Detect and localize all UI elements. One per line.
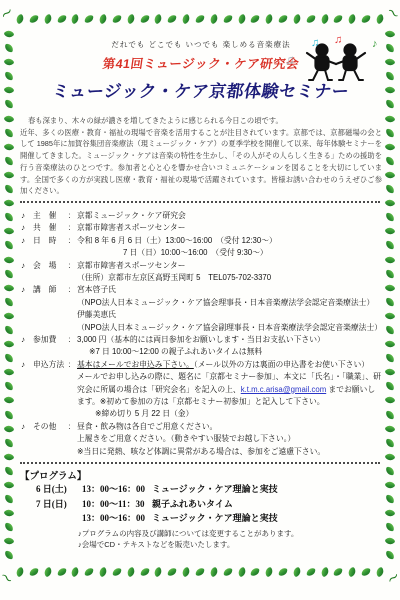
program-notes: ♪プログラムの内容及び講師については変更することがあります。 ♪会場でCD・テキ…	[20, 528, 382, 551]
organizer-value: 京都ミュージック・ケア研究会	[77, 210, 382, 222]
intro-paragraph: 近年、多くの医療・教育・福祉の現場で音楽を活用することが注目されています。京都で…	[20, 127, 382, 197]
leaf-icon	[5, 157, 14, 166]
leaf-icon	[386, 269, 395, 278]
leaf-icon	[5, 213, 14, 222]
leaf-icon	[236, 14, 247, 25]
leaf-icon	[5, 241, 14, 250]
leaf-icon	[85, 14, 94, 23]
leaf-icon	[15, 14, 26, 25]
leaf-icon	[384, 282, 395, 293]
leaf-icon	[384, 198, 395, 209]
leaf-icon	[384, 113, 395, 124]
leaf-icon	[5, 523, 14, 532]
leaf-icon	[306, 14, 315, 23]
leaf-icon	[386, 495, 395, 504]
list-item-application: ♪ 申込方法 ： 基本はメールでお申込み下さい。（メール以外の方は裏面の申込書を…	[20, 359, 382, 421]
dotted-divider	[20, 201, 380, 203]
fee-note: ※7 日 10:00～12:00 の親子ふれあいタイムは無料	[89, 346, 382, 358]
other-note: ※当日に発熱、咳など体調に異常がある場合は、参加をご遠慮下さい。	[77, 446, 382, 458]
leaf-icon	[386, 354, 395, 363]
music-note-icon: ♪	[20, 260, 33, 272]
application-alt-instruction: （メール以外の方は裏面の申込書をお使い下さい）	[194, 360, 369, 369]
leaf-icon	[384, 226, 395, 237]
leaf-icon	[153, 14, 164, 25]
list-item-colon: ：	[66, 421, 77, 433]
leaf-icon	[98, 14, 109, 25]
leaf-icon	[195, 14, 204, 23]
program-row: 7 日(日) 10：00～11：30 親子ふれあいタイム	[20, 497, 382, 512]
leaf-icon	[386, 551, 395, 560]
program-time: 13：00～16：00	[82, 511, 152, 526]
intro-section: 春も深まり、木々の緑が濃さを増してきたように感じられる今日この頃です。 近年、多…	[20, 115, 382, 197]
list-item-lecturers: ♪ 講 師 ： 宮本啓子氏 （NPO法人日本ミュージック・ケア協会理事長・日本音…	[20, 284, 382, 334]
leaf-icon	[386, 467, 395, 476]
application-detail: 究会に所属の場合は「研究会名」を記入の上、	[77, 385, 241, 394]
corner-swirl-icon: 〜	[385, 570, 400, 585]
leaf-icon	[3, 508, 14, 519]
leaf-icon	[3, 28, 14, 39]
lecturer-name: 宮本啓子氏	[77, 284, 382, 296]
leaf-icon	[3, 338, 14, 349]
program-day: 6 日(土)	[36, 482, 82, 497]
corner-swirl-icon: 〜	[0, 570, 15, 585]
leaf-icon	[3, 367, 14, 378]
leaf-icon	[384, 141, 395, 152]
gray-music-note-icon: ♫	[285, 52, 295, 67]
leaf-icon	[3, 226, 14, 237]
list-item-fee: ♪ 参加費 ： 3,000 円（基本的には両日参加をお願いします・当日お支払い下…	[20, 334, 382, 359]
leaf-icon	[384, 395, 395, 406]
leaf-icon	[125, 14, 136, 25]
leaf-icon	[3, 113, 14, 124]
list-item-colon: ：	[66, 235, 77, 247]
leaf-icon	[168, 14, 177, 23]
leaf-icon	[112, 14, 121, 23]
cohost-value: 京都市障害者スポーツセンター	[77, 222, 382, 234]
program-note: ♪会場でCD・テキストなどを販売いたします。	[78, 539, 382, 551]
list-item-label: 参加費	[33, 334, 66, 346]
music-note-icon: ♪	[20, 222, 33, 234]
leaf-border-left	[3, 30, 15, 560]
leaf-icon	[386, 438, 395, 447]
leaf-icon	[251, 14, 260, 23]
program-heading: 【プログラム】	[20, 468, 382, 482]
program-activity: ミュージック・ケア理論と実技	[152, 482, 382, 497]
leaf-icon	[384, 479, 395, 490]
program-time: 10：00～11：30	[82, 497, 152, 512]
music-note-icon: ♪	[20, 284, 33, 296]
list-item-label: 申込方法	[33, 359, 66, 371]
dancing-figures-clipart: ♫ ♫ ♫ ♪	[284, 34, 388, 84]
leaf-icon	[386, 241, 395, 250]
leaf-icon	[384, 508, 395, 519]
list-item-label: 講 師	[33, 284, 66, 296]
leaf-border-right	[384, 30, 396, 560]
list-item-label: 日 時	[33, 235, 66, 247]
music-note-icon: ♪	[20, 334, 33, 346]
leaf-icon	[3, 254, 14, 265]
leaf-icon	[5, 326, 14, 335]
leaf-icon	[5, 495, 14, 504]
list-item-label: 主 催	[33, 210, 66, 222]
leaf-icon	[386, 297, 395, 306]
leaf-icon	[5, 72, 14, 81]
application-detail: までお願いし	[326, 385, 375, 394]
leaf-icon	[3, 479, 14, 490]
list-item-colon: ：	[66, 222, 77, 234]
leaf-icon	[384, 423, 395, 434]
venue-name: 京都市障害者スポーツセンター	[77, 260, 382, 272]
list-item-other: ♪ その他 ： 昼食・飲み物は各自でご用意ください。 上履きをご用意ください。（…	[20, 421, 382, 458]
other-note: 上履きをご用意ください。（動きやすい服装でお越し下さい。）	[77, 433, 382, 445]
program-row: 6 日(土) 13：00～16：00 ミュージック・ケア理論と実技	[20, 482, 382, 497]
leaf-icon	[384, 310, 395, 321]
list-item-colon: ：	[66, 359, 77, 371]
leaf-icon	[279, 14, 288, 23]
leaf-icon	[140, 14, 149, 23]
leaf-icon	[384, 451, 395, 462]
music-note-icon: ♪	[20, 421, 33, 433]
leaf-border-top	[16, 13, 384, 25]
list-item-colon: ：	[66, 210, 77, 222]
leaf-icon	[264, 14, 275, 25]
leaf-icon	[386, 100, 395, 109]
leaf-icon	[386, 157, 395, 166]
intro-paragraph: 春も深まり、木々の緑が濃さを増してきたように感じられる今日この頃です。	[20, 115, 382, 127]
leaf-icon	[3, 57, 14, 68]
datetime-day2: 7 日（日）10:00～16:00 （受付 9:30～）	[123, 247, 382, 259]
application-main-instruction: 基本はメールでお申込み下さい。	[77, 360, 194, 369]
detail-list: ♪ 主 催 ： 京都ミュージック・ケア研究会 ♪ 共 催 ： 京都市障害者スポー…	[20, 210, 382, 458]
leaf-icon	[386, 185, 395, 194]
list-item-colon: ：	[66, 334, 77, 346]
stick-figure-left	[307, 45, 336, 81]
leaf-icon	[3, 169, 14, 180]
leaf-icon	[386, 326, 395, 335]
leaf-icon	[5, 128, 14, 137]
lecturer-title: （NPO法人日本ミュージック・ケア協会副理事長・日本音楽療法学会認定音楽療法士）	[77, 322, 382, 334]
leaf-icon	[384, 254, 395, 265]
other-note: 昼食・飲み物は各自でご用意ください。	[77, 421, 382, 433]
leaf-icon	[42, 14, 53, 25]
leaf-icon	[5, 185, 14, 194]
leaf-icon	[384, 536, 395, 547]
program-day: 7 日(日)	[36, 497, 82, 512]
leaf-icon	[386, 128, 395, 137]
red-music-note-icon: ♫	[334, 34, 342, 46]
list-item-colon: ：	[66, 260, 77, 272]
leaf-icon	[5, 44, 14, 53]
leaf-icon	[386, 410, 395, 419]
leaf-icon	[362, 14, 371, 23]
application-deadline: ※締め切り 5 月 22 日（金）	[95, 408, 382, 420]
leaf-icon	[334, 14, 343, 23]
music-note-icon: ♪	[20, 359, 33, 371]
email-link[interactable]: k.t.m.c.arisa@gmail.com	[241, 385, 326, 394]
leaf-icon	[5, 269, 14, 278]
leaf-icon	[384, 85, 395, 96]
leaf-icon	[3, 423, 14, 434]
stick-figure-right	[336, 45, 365, 81]
list-item-cohost: ♪ 共 催 ： 京都市障害者スポーツセンター	[20, 222, 382, 234]
program-day	[36, 511, 82, 526]
datetime-day1: 令和 8 年 6 月 6 日（土）13:00～16:00 （受付 12:30～）	[77, 235, 382, 247]
program-section: 【プログラム】 6 日(土) 13：00～16：00 ミュージック・ケア理論と実…	[20, 468, 382, 551]
leaf-icon	[3, 85, 14, 96]
leaf-icon	[5, 410, 14, 419]
list-item-label: その他	[33, 421, 66, 433]
leaf-icon	[3, 310, 14, 321]
leaf-icon	[3, 451, 14, 462]
lecturer-name: 伊藤美恵氏	[77, 309, 382, 321]
fee-value: 3,000 円（基本的には両日参加をお願いします・当日お支払い下さい）	[77, 334, 382, 346]
leaf-icon	[5, 551, 14, 560]
list-item-venue: ♪ 会 場 ： 京都市障害者スポーツセンター （住所）京都市左京区高野玉岡町 5…	[20, 260, 382, 285]
leaf-icon	[5, 100, 14, 109]
leaf-icon	[3, 198, 14, 209]
program-activity: ミュージック・ケア理論と実技	[152, 511, 382, 526]
flyer-content: だれでも どこでも いつでも 楽しめる音楽療法 第41回ミュージック・ケア研究会…	[20, 26, 382, 570]
leaf-icon	[5, 382, 14, 391]
leaf-icon	[3, 395, 14, 406]
leaf-icon	[181, 14, 192, 25]
leaf-icon	[384, 169, 395, 180]
program-note: ♪プログラムの内容及び講師については変更することがあります。	[78, 528, 382, 540]
flyer-page: 〜 〜 〜 〜 だれでも どこでも いつでも 楽しめる音楽療法 第41回ミュージ…	[0, 0, 400, 600]
application-detail: ます。※初めて参加の方は「京都セミナー初参加」と記入して下さい。	[77, 396, 382, 408]
leaf-icon	[386, 213, 395, 222]
green-music-note-icon: ♪	[372, 38, 378, 50]
dotted-divider	[20, 462, 380, 464]
list-item-datetime: ♪ 日 時 ： 令和 8 年 6 月 6 日（土）13:00～16:00 （受付…	[20, 235, 382, 260]
leaf-icon	[5, 438, 14, 447]
leaf-icon	[386, 523, 395, 532]
program-activity: 親子ふれあいタイム	[152, 497, 382, 512]
corner-swirl-icon: 〜	[0, 7, 15, 22]
leaf-icon	[5, 467, 14, 476]
leaf-icon	[384, 367, 395, 378]
leaf-icon	[5, 297, 14, 306]
venue-address: （住所）京都市左京区高野玉岡町 5 TEL075-702-3370	[77, 272, 382, 284]
corner-swirl-icon: 〜	[385, 7, 400, 22]
program-row: 13：00～16：00 ミュージック・ケア理論と実技	[20, 511, 382, 526]
leaf-icon	[386, 382, 395, 391]
leaf-icon	[5, 354, 14, 363]
leaf-icon	[3, 141, 14, 152]
music-note-icon: ♪	[20, 210, 33, 222]
leaf-icon	[291, 14, 302, 25]
leaf-icon	[347, 14, 358, 25]
leaf-icon	[70, 14, 81, 25]
music-note-icon: ♪	[20, 235, 33, 247]
lecturer-title: （NPO法人日本ミュージック・ケア協会理事長・日本音楽療法学会認定音楽療法士）	[77, 297, 382, 309]
leaf-icon	[223, 14, 232, 23]
leaf-icon	[319, 14, 330, 25]
leaf-icon	[3, 282, 14, 293]
program-time: 13：00～16：00	[82, 482, 152, 497]
list-item-organizer: ♪ 主 催 ： 京都ミュージック・ケア研究会	[20, 210, 382, 222]
list-item-label: 共 催	[33, 222, 66, 234]
leaf-icon	[3, 536, 14, 547]
leaf-icon	[29, 14, 38, 23]
leaf-icon	[208, 14, 219, 25]
leaf-icon	[384, 338, 395, 349]
leaf-icon	[57, 14, 66, 23]
list-item-colon: ：	[66, 284, 77, 296]
list-item-label: 会 場	[33, 260, 66, 272]
application-detail: メールでお申し込みの際に、題名に「京都セミナー参加」、本文に「氏名」・「職業」、…	[77, 371, 382, 383]
